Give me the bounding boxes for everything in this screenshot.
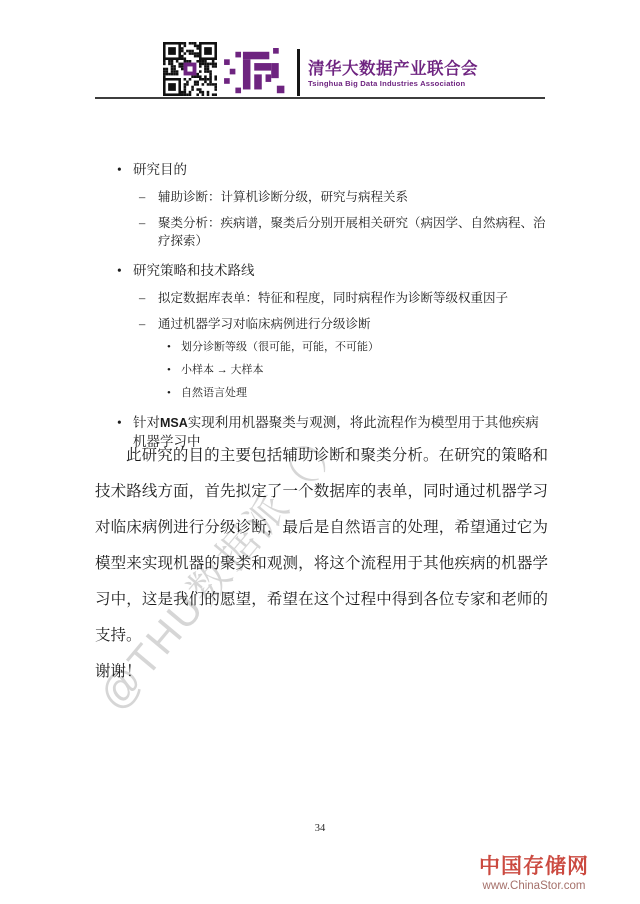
bullet-item-level-2: –聚类分析：疾病谱，聚类后分别开展相关研究（病因学、自然病程、治疗探索） <box>0 214 552 250</box>
bullet-text: 划分诊断等级（很可能，可能，不可能） <box>181 340 379 356</box>
bullet-text: 研究目的 <box>133 160 187 180</box>
pai-pixel-logo-icon <box>224 48 292 97</box>
bullet-text: 小样本 → 大样本 <box>181 363 264 379</box>
org-name-en: Tsinghua Big Data Industries Association <box>308 79 548 88</box>
page-number: 34 <box>0 823 640 834</box>
bullet-text: 拟定数据库表单：特征和程度，同时病程作为诊断等级权重因子 <box>158 289 508 307</box>
bullet-text: 研究策略和技术路线 <box>133 261 255 281</box>
bullet-marker: – <box>139 289 158 307</box>
bullet-text: 聚类分析：疾病谱，聚类后分别开展相关研究（病因学、自然病程、治疗探索） <box>158 214 552 250</box>
closing-line: 谢谢！ <box>95 654 548 690</box>
bullet-marker: • <box>167 363 181 379</box>
bullet-marker: • <box>117 261 133 281</box>
bullet-marker: • <box>167 340 181 356</box>
chinastor-watermark: 中国存储网 www.ChinaStor.com <box>444 855 624 893</box>
chinastor-site-url: www.ChinaStor.com <box>444 880 624 893</box>
chinastor-site-name: 中国存储网 <box>444 855 624 879</box>
org-name-zh: 清华大数据产业联合会 <box>308 55 548 79</box>
bullet-item-level-2: –拟定数据库表单：特征和程度，同时病程作为诊断等级权重因子 <box>0 289 552 307</box>
bullet-item-level-1: •研究策略和技术路线 <box>0 261 552 281</box>
document-page: 清华大数据产业联合会 Tsinghua Big Data Industries … <box>0 0 640 904</box>
header-rule <box>95 97 545 99</box>
bullet-marker: – <box>139 315 158 333</box>
qr-code-icon <box>163 42 217 96</box>
bullet-text: 自然语言处理 <box>181 386 247 402</box>
bullet-marker: • <box>117 160 133 180</box>
bullet-item-level-1: •研究目的 <box>0 160 552 180</box>
bullet-text: 辅助诊断：计算机诊断分级，研究与病程关系 <box>158 188 408 206</box>
header-divider-bar <box>297 49 300 96</box>
bullet-item-level-2: –辅助诊断：计算机诊断分级，研究与病程关系 <box>0 188 552 206</box>
bullet-list: •研究目的–辅助诊断：计算机诊断分级，研究与病程关系–聚类分析：疾病谱，聚类后分… <box>0 160 552 452</box>
bullet-item-level-3: •自然语言处理 <box>0 386 552 402</box>
bullet-item-level-2: –通过机器学习对临床病例进行分级诊断 <box>0 315 552 333</box>
bullet-item-level-3: •划分诊断等级（很可能，可能，不可能） <box>0 340 552 356</box>
body-text: 此研究的目的主要包括辅助诊断和聚类分析。在研究的策略和技术路线方面，首先拟定了一… <box>95 438 548 690</box>
bullet-text: 通过机器学习对临床病例进行分级诊断 <box>158 315 371 333</box>
paragraph: 此研究的目的主要包括辅助诊断和聚类分析。在研究的策略和技术路线方面，首先拟定了一… <box>95 438 548 654</box>
bullet-item-level-3: •小样本 → 大样本 <box>0 363 552 379</box>
bullet-marker: – <box>139 214 158 250</box>
bullet-marker: • <box>167 386 181 402</box>
bullet-marker: – <box>139 188 158 206</box>
